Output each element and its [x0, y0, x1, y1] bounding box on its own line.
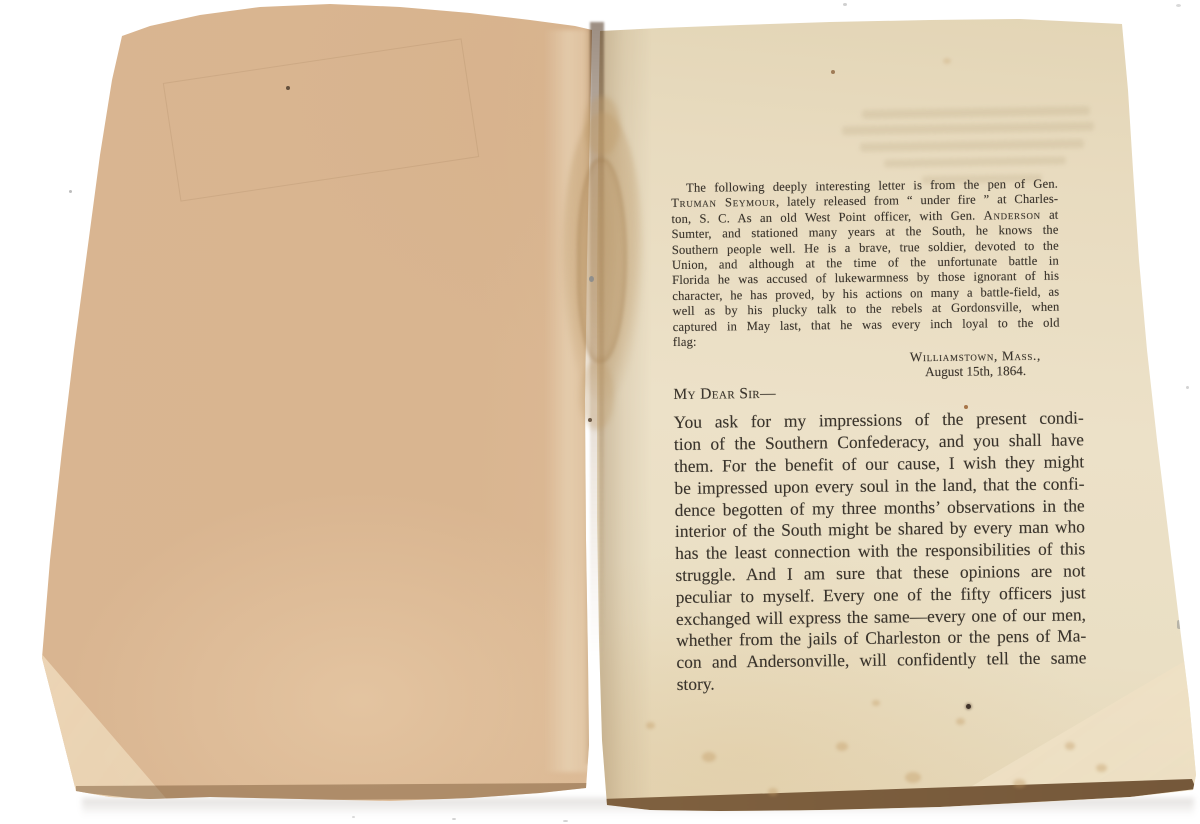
- foxing-spot: [905, 772, 921, 783]
- small-caps-name: Anderson: [984, 208, 1041, 223]
- letter-body: You ask for my impressions of the presen…: [674, 408, 1087, 696]
- ink-speck: [966, 704, 971, 709]
- dust-speck: [563, 820, 568, 822]
- show-through-text: [860, 139, 1084, 152]
- dateline: Williamstown, Mass., August 15th, 1864.: [910, 348, 1042, 379]
- foxing-spot: [1013, 779, 1026, 788]
- gray-speck: [589, 276, 594, 282]
- show-through-text: [842, 122, 1094, 135]
- edge-fleck: [1169, 524, 1174, 532]
- text-line: story.: [677, 669, 1087, 695]
- photo-open-pamphlet: The following deeply interesting letter …: [0, 0, 1200, 824]
- dust-speck: [1186, 386, 1189, 389]
- foxing-spot: [1065, 742, 1075, 750]
- show-through-text: [884, 156, 1066, 167]
- foxing-spot: [702, 752, 716, 762]
- edge-fleck: [1177, 620, 1182, 629]
- dateline-date: August 15th, 1864.: [910, 363, 1041, 379]
- dust-speck: [352, 816, 355, 818]
- left-page-impression-mark: [163, 38, 479, 201]
- introduction-paragraph: The following deeply interesting letter …: [671, 177, 1060, 351]
- foxing-spot: [943, 58, 951, 64]
- dateline-place: Williamstown, Mass.,: [910, 348, 1041, 364]
- small-caps-name: Truman Seymour: [671, 195, 776, 210]
- dust-speck: [843, 3, 847, 6]
- dust-speck: [1176, 4, 1181, 7]
- ink-speck: [286, 86, 290, 90]
- brown-speck: [831, 70, 835, 74]
- foxing-spot: [956, 718, 965, 725]
- salutation: My Dear Sir—: [673, 382, 1083, 405]
- foxing-spot: [768, 788, 778, 796]
- foxing-spot: [836, 742, 848, 751]
- letter-text: The following deeply interesting letter …: [671, 176, 1087, 695]
- dust-speck: [452, 818, 456, 820]
- foxing-spot: [872, 700, 880, 706]
- show-through-text: [862, 106, 1090, 119]
- foxing-spot: [646, 722, 655, 729]
- foxing-spot: [1096, 764, 1107, 772]
- dust-speck: [69, 190, 72, 193]
- water-stain-tail: [580, 360, 614, 430]
- water-stain-top: [584, 96, 620, 156]
- dark-speck: [588, 418, 592, 422]
